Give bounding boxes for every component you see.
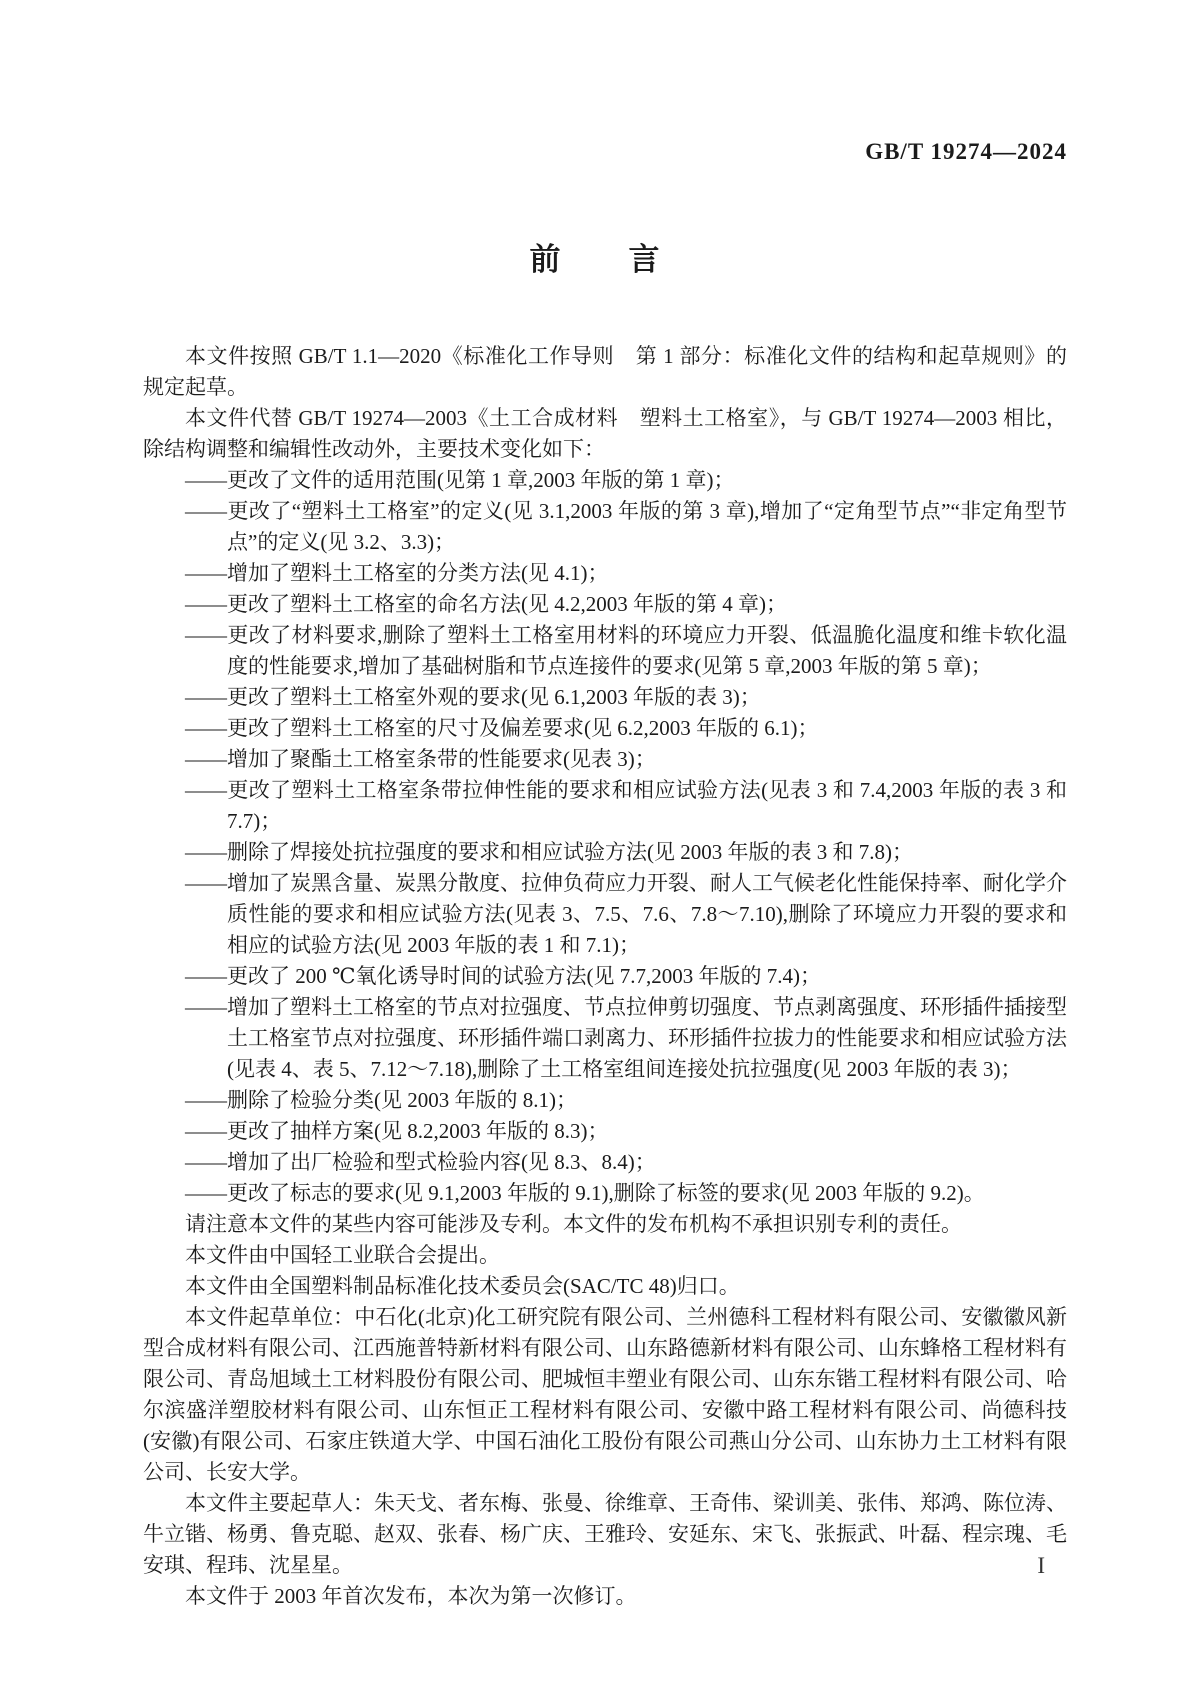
page-title: 前 言: [0, 234, 1191, 279]
change-list-item: ——更改了抽样方案(见 8.2,2003 年版的 8.3)；: [143, 1116, 1067, 1147]
change-list-item: ——更改了文件的适用范围(见第 1 章,2003 年版的第 1 章)；: [143, 465, 1067, 496]
change-list-item: ——删除了检验分类(见 2003 年版的 8.1)；: [143, 1085, 1067, 1116]
change-list-item: ——更改了“塑料土工格室”的定义(见 3.1,2003 年版的第 3 章),增加…: [143, 496, 1067, 558]
change-list-item: ——更改了塑料土工格室条带拉伸性能的要求和相应试验方法(见表 3 和 7.4,2…: [143, 775, 1067, 837]
paragraph: 请注意本文件的某些内容可能涉及专利。本文件的发布机构不承担识别专利的责任。: [143, 1209, 1067, 1240]
change-list-item: ——更改了材料要求,删除了塑料土工格室用材料的环境应力开裂、低温脆化温度和维卡软…: [143, 620, 1067, 682]
change-list-item: ——增加了出厂检验和型式检验内容(见 8.3、8.4)；: [143, 1147, 1067, 1178]
change-list-item: ——删除了焊接处抗拉强度的要求和相应试验方法(见 2003 年版的表 3 和 7…: [143, 837, 1067, 868]
change-list-item: ——更改了标志的要求(见 9.1,2003 年版的 9.1),删除了标签的要求(…: [143, 1178, 1067, 1209]
standard-code: GB/T 19274—2024: [865, 139, 1067, 165]
change-list-item: ——增加了塑料土工格室的节点对拉强度、节点拉伸剪切强度、节点剥离强度、环形插件插…: [143, 992, 1067, 1085]
change-list-item: ——增加了炭黑含量、炭黑分散度、拉伸负荷应力开裂、耐人工气候老化性能保持率、耐化…: [143, 868, 1067, 961]
paragraph: 本文件起草单位：中石化(北京)化工研究院有限公司、兰州德科工程材料有限公司、安徽…: [143, 1302, 1067, 1488]
paragraph: 本文件由全国塑料制品标准化技术委员会(SAC/TC 48)归口。: [143, 1271, 1067, 1302]
change-list-item: ——更改了塑料土工格室的命名方法(见 4.2,2003 年版的第 4 章)；: [143, 589, 1067, 620]
change-list-item: ——更改了塑料土工格室的尺寸及偏差要求(见 6.2,2003 年版的 6.1)；: [143, 713, 1067, 744]
paragraph: 本文件主要起草人：朱天戈、者东梅、张曼、徐维章、王奇伟、梁训美、张伟、郑鸿、陈位…: [143, 1488, 1067, 1581]
change-list-item: ——增加了塑料土工格室的分类方法(见 4.1)；: [143, 558, 1067, 589]
change-list-item: ——增加了聚酯土工格室条带的性能要求(见表 3)；: [143, 744, 1067, 775]
paragraph: 本文件于 2003 年首次发布，本次为第一次修订。: [143, 1581, 1067, 1612]
foreword-body: 本文件按照 GB/T 1.1—2020《标准化工作导则 第 1 部分：标准化文件…: [143, 341, 1067, 1612]
page-number: I: [1037, 1553, 1045, 1579]
paragraph: 本文件由中国轻工业联合会提出。: [143, 1240, 1067, 1271]
paragraph: 本文件代替 GB/T 19274—2003《土工合成材料 塑料土工格室》，与 G…: [143, 403, 1067, 465]
change-list-item: ——更改了塑料土工格室外观的要求(见 6.1,2003 年版的表 3)；: [143, 682, 1067, 713]
paragraph: 本文件按照 GB/T 1.1—2020《标准化工作导则 第 1 部分：标准化文件…: [143, 341, 1067, 403]
change-list-item: ——更改了 200 ℃氧化诱导时间的试验方法(见 7.7,2003 年版的 7.…: [143, 961, 1067, 992]
document-page: GB/T 19274—2024 前 言 本文件按照 GB/T 1.1—2020《…: [0, 0, 1191, 1685]
